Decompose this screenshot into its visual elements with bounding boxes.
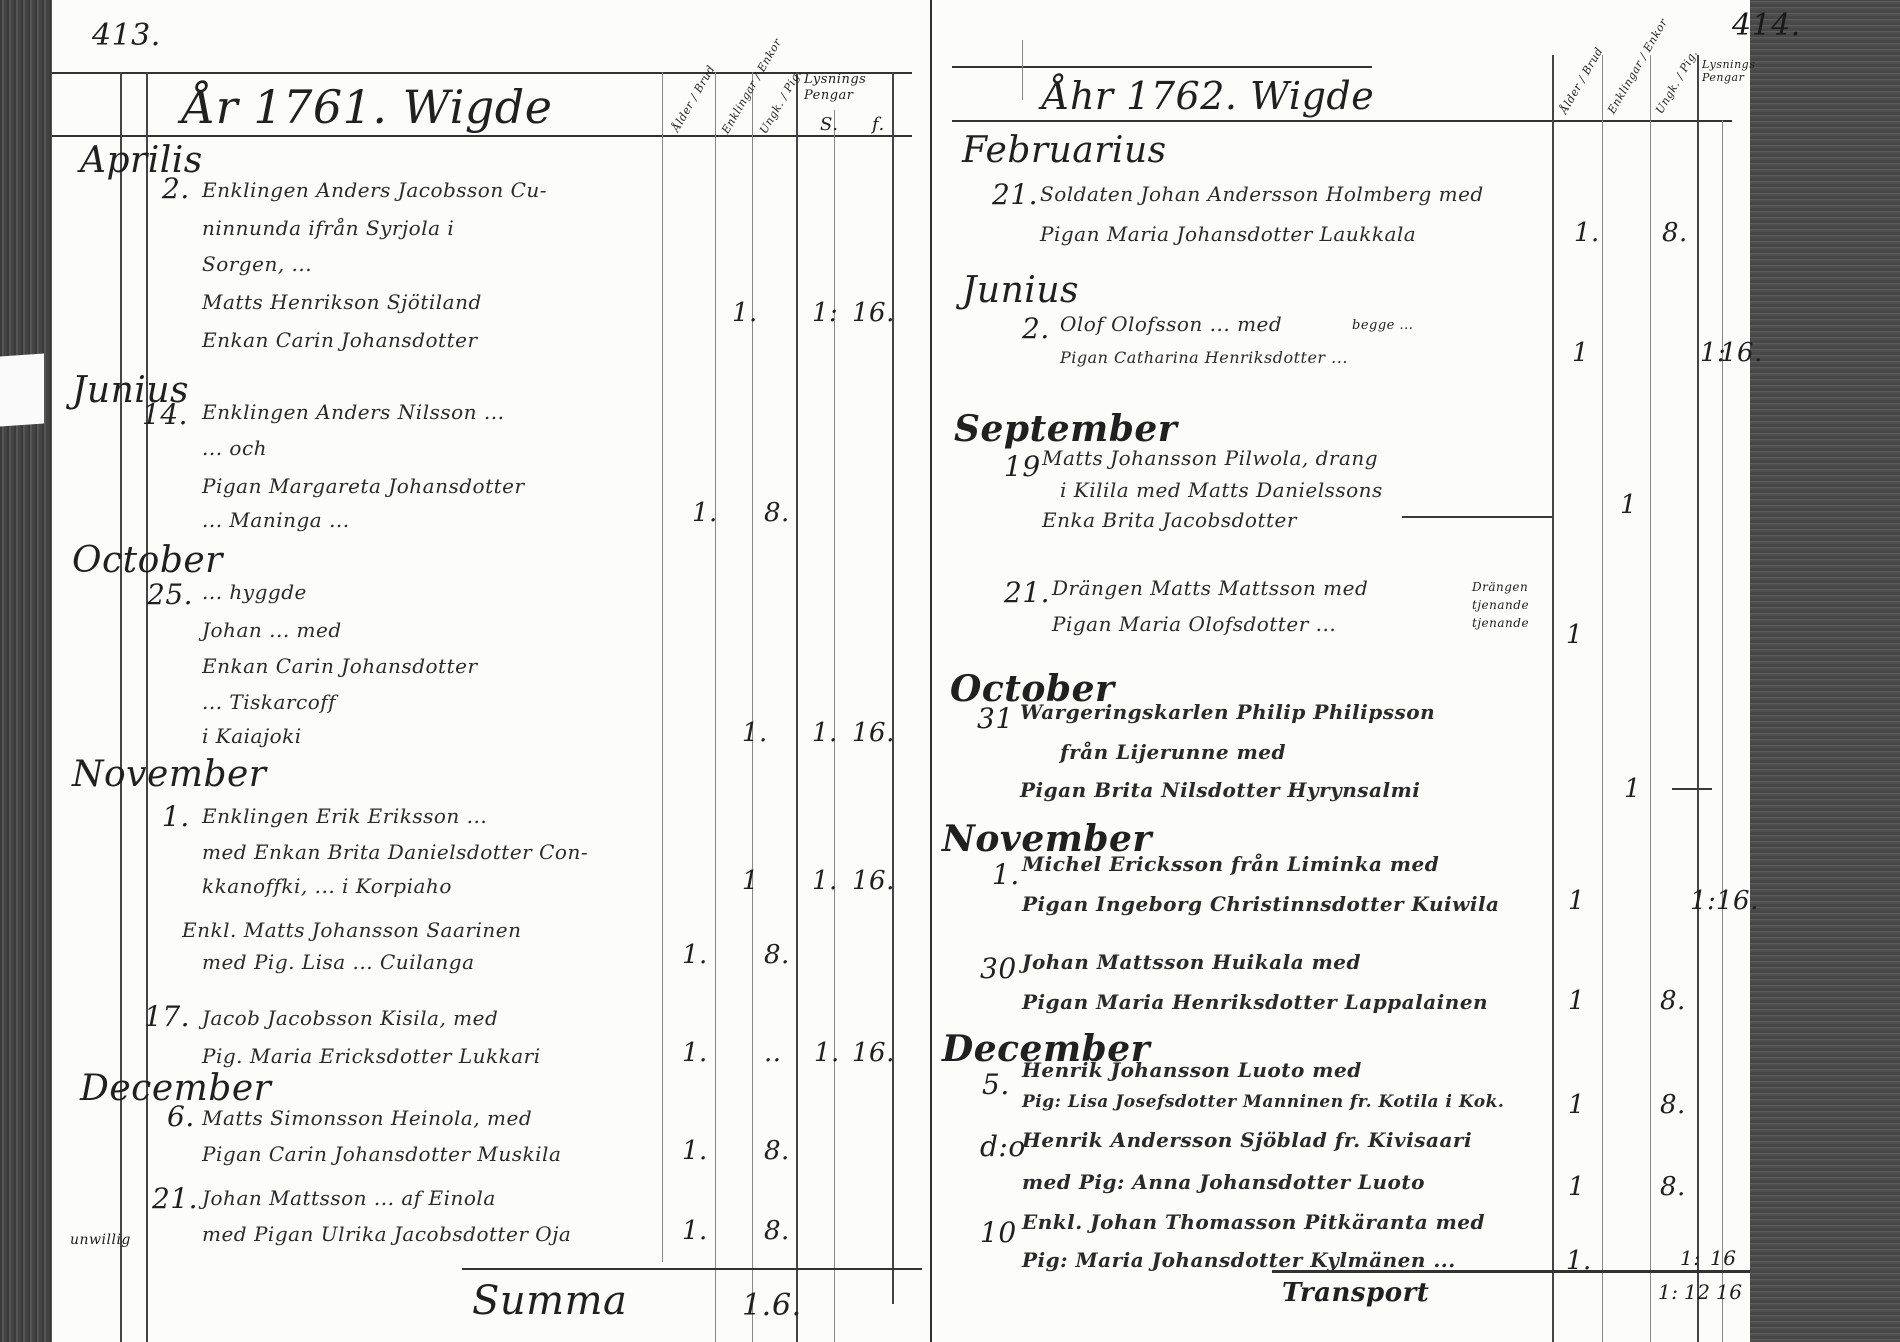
col-rule-1 (1552, 55, 1554, 1342)
month-heading: September (954, 408, 1177, 450)
entry-text: med Enkan Brita Danielsdotter Con- (202, 840, 588, 864)
entry-text: med Pig. Lisa ... Cuilanga (202, 950, 475, 974)
entry-text: Enkan Carin Johansdotter (202, 328, 478, 352)
transport-value: 12 (1684, 1280, 1710, 1304)
tally-value: 16. (852, 866, 895, 896)
entry-text: Pig. Maria Ericksdotter Lukkari (202, 1044, 541, 1068)
entry-text: Pig: Maria Johansdotter Kylmänen ... (1022, 1248, 1456, 1272)
entry-dash (1402, 516, 1552, 518)
page-number: 414. (1732, 8, 1801, 43)
month-heading: November (72, 754, 267, 795)
column-header: Lysnings Pengar (804, 72, 894, 104)
col-rule-5 (1722, 120, 1723, 1342)
tally-value: 1 (1620, 490, 1637, 520)
column-header: Ålder / Brud (670, 64, 718, 134)
entry-text: Pigan Maria Olofsdotter ... (1052, 612, 1336, 636)
tally-value: 16. (1720, 338, 1763, 368)
left-page: 413. År 1761. Wigde Ålder / Brud Enkling… (52, 0, 932, 1342)
entry-day: 2. (162, 172, 190, 205)
tally-value: 1 (742, 866, 759, 896)
entry-text: Enklingen Anders Jacobsson Cu- (202, 178, 547, 202)
entry-text: med Pig: Anna Johansdotter Luoto (1022, 1170, 1425, 1194)
book-edge-left (0, 0, 52, 1342)
transport-label: Transport (1282, 1278, 1429, 1308)
page-number: 413. (92, 18, 161, 53)
entry-day: 10 (980, 1216, 1017, 1249)
entry-text: Pigan Carin Johansdotter Muskila (202, 1142, 561, 1166)
entry-day: 21. (152, 1182, 198, 1215)
entry-text: Enkan Carin Johansdotter (202, 654, 478, 678)
tally-value: 1 (1568, 986, 1585, 1016)
entry-text: Enkl. Matts Johansson Saarinen (182, 918, 521, 942)
entry-text: Johan ... med (202, 618, 342, 642)
tally-value: 8. (764, 940, 790, 970)
bracket-note: tjenande (1472, 598, 1529, 612)
entry-text: Pigan Maria Johansdotter Laukkala (1040, 222, 1416, 246)
entry-day: 31 (977, 702, 1014, 735)
tally-value: 8. (1660, 986, 1686, 1016)
entry-text: Matts Simonsson Heinola, med (202, 1106, 532, 1130)
tally-value: 1: (1690, 886, 1716, 916)
summa-rule (462, 1268, 922, 1270)
register-title: Åhr 1762. Wigde (1042, 74, 1374, 118)
column-header-s: S. (820, 114, 838, 135)
col-rule-1 (662, 72, 663, 1262)
entry-day: 1. (992, 858, 1020, 891)
tally-value: 8. (1660, 1172, 1686, 1202)
month-heading: October (72, 540, 223, 581)
entry-text: Enka Brita Jacobsdotter (1042, 508, 1297, 532)
entry-text: Olof Olofsson ... med (1060, 312, 1282, 336)
col-rule-3 (752, 72, 753, 1342)
tally-value: 8. (1660, 1090, 1686, 1120)
tally-value: 1. (682, 1038, 708, 1068)
tally-value: 1. (732, 298, 758, 328)
entry-text: Sorgen, ... (202, 252, 312, 276)
header-top-rule (952, 66, 1372, 68)
tally-value: 1: (812, 298, 838, 328)
entry-text: ... hyggde (202, 580, 307, 604)
tally-value: 1 (1568, 1090, 1585, 1120)
book-edge-right (1750, 0, 1900, 1342)
header-top-rule (52, 72, 912, 74)
tally-value: 1. (682, 940, 708, 970)
tally-value: 1. (812, 718, 838, 748)
entry-text: i Kaiajoki (202, 724, 302, 748)
entry-day: 17. (144, 1000, 190, 1033)
margin-rule-1 (120, 72, 122, 1342)
tally-value: .. (764, 1038, 782, 1068)
tally-value: 16. (852, 1038, 895, 1068)
entry-day: 6. (167, 1100, 195, 1133)
entry-text: kkanoffki, ... i Korpiaho (202, 874, 452, 898)
entry-text: från Lijerunne med (1060, 740, 1286, 764)
entry-text: Pigan Brita Nilsdotter Hyrynsalmi (1020, 778, 1420, 802)
column-header: Lysnings Pengar (1702, 58, 1748, 84)
month-heading: Februarius (962, 130, 1167, 171)
column-header: Ålder / Brud (1558, 46, 1606, 116)
tally-value: 1. (1574, 218, 1600, 248)
entry-text: Henrik Johansson Luoto med (1022, 1058, 1362, 1082)
tally-value: 16. (1716, 886, 1759, 916)
col-rule-3 (1650, 55, 1651, 1342)
entry-day: 19 (1004, 450, 1041, 483)
bracket-note: Drängen (1472, 580, 1528, 594)
entry-text: Henrik Andersson Sjöblad fr. Kivisaari (1022, 1128, 1472, 1152)
tally-value: 8. (764, 1216, 790, 1246)
tally-value: 1. (742, 718, 768, 748)
entry-day: 21. (1004, 576, 1050, 609)
entry-text: Enklingen Erik Eriksson ... (202, 804, 487, 828)
entry-text: ninnunda ifrån Syrjola i (202, 216, 454, 240)
entry-day: 21. (992, 178, 1038, 211)
tally-value: 1 (1624, 774, 1641, 804)
col-rule-4 (796, 72, 798, 1342)
register-title: År 1761. Wigde (182, 80, 552, 134)
right-page: 414. Åhr 1762. Wigde Ålder / Brud Enklin… (932, 0, 1750, 1342)
entry-text: Pigan Catharina Henriksdotter ... (1060, 348, 1348, 367)
entry-text: Enklingen Anders Nilsson ... (202, 400, 504, 424)
entry-day: 1. (162, 800, 190, 833)
summa-value: 1. (742, 1288, 772, 1323)
entry-text: ... Maninga ... (202, 508, 350, 532)
entry-text: Wargeringskarlen Philip Philipsson (1020, 700, 1435, 724)
entry-text: Soldaten Johan Andersson Holmberg med (1040, 182, 1484, 206)
header-bottom-rule (52, 135, 912, 137)
margin-rule-2 (146, 72, 148, 1342)
entry-day: 30 (980, 952, 1017, 985)
entry-text: Johan Mattsson ... af Einola (202, 1186, 496, 1210)
entry-day: 5. (982, 1068, 1010, 1101)
tally-value: 8. (764, 1136, 790, 1166)
month-heading: Junius (962, 270, 1079, 311)
tally-value: 1. (682, 1216, 708, 1246)
tally-value: 1 (1566, 620, 1583, 650)
entry-text: i Kilila med Matts Danielssons (1060, 478, 1383, 502)
entry-text: Michel Ericksson från Liminka med (1022, 852, 1439, 876)
tally-value: 16. (852, 298, 895, 328)
entry-day: 2. (1022, 312, 1050, 345)
entry-text: med Pigan Ulrika Jacobsdotter Oja (202, 1222, 571, 1246)
tally-value: 8. (1662, 218, 1688, 248)
tally-value: 1 (1572, 338, 1589, 368)
bracket-note: begge ... (1352, 318, 1413, 333)
entry-day: 14. (142, 398, 188, 431)
col-rule-2 (1602, 55, 1603, 1342)
tally-value: 1 (1568, 1172, 1585, 1202)
transport-value: 16 (1716, 1280, 1742, 1304)
col-rule-4 (1697, 55, 1699, 1342)
entry-day: 25. (147, 578, 193, 611)
summa-label: Summa (472, 1278, 627, 1324)
entry-text: Pigan Maria Henriksdotter Lappalainen (1022, 990, 1488, 1014)
entry-text: Enkl. Johan Thomasson Pitkäranta med (1022, 1210, 1485, 1234)
header-bottom-rule (952, 120, 1732, 122)
entry-text: Matts Johansson Pilwola, drang (1042, 446, 1378, 470)
col-rule-2 (715, 72, 716, 1342)
entry-dash (1672, 788, 1712, 790)
margin-note: unwillig (70, 1232, 131, 1248)
tally-value: 1. (814, 1038, 840, 1068)
tally-value: 16. (852, 718, 895, 748)
column-header: Ungk. / Pig. (1654, 48, 1700, 116)
tally-value: 1 (1568, 886, 1585, 916)
column-header-f: f. (872, 114, 885, 135)
entry-text: Jacob Jacobsson Kisila, med (202, 1006, 498, 1030)
entry-text: ... och (202, 436, 267, 460)
entry-day: d:o (980, 1130, 1026, 1163)
tally-value: 1. (812, 866, 838, 896)
tally-value: 1. (692, 498, 718, 528)
tally-value: 1. (682, 1136, 708, 1166)
entry-text: Pig: Lisa Josefsdotter Manninen fr. Koti… (1022, 1092, 1504, 1112)
transport-value: 1: (1658, 1280, 1678, 1304)
entry-text: Pigan Margareta Johansdotter (202, 474, 525, 498)
col-rule-6 (892, 72, 894, 1304)
entry-text: Johan Mattsson Huikala med (1022, 950, 1361, 974)
tally-value: 1: (1680, 1246, 1700, 1270)
bracket-note: tjenande (1472, 616, 1529, 630)
transport-rule (1272, 1270, 1750, 1273)
tally-value: 8. (764, 498, 790, 528)
entry-text: Pigan Ingeborg Christinnsdotter Kuiwila (1022, 892, 1500, 916)
summa-value: 6. (772, 1288, 802, 1323)
tally-value: 16 (1710, 1246, 1736, 1270)
page-tear (0, 353, 44, 426)
margin-rule (1022, 40, 1023, 100)
entry-text: Drängen Matts Mattsson med (1052, 576, 1368, 600)
entry-text: Matts Henrikson Sjötiland (202, 290, 482, 314)
entry-text: ... Tiskarcoff (202, 690, 336, 714)
